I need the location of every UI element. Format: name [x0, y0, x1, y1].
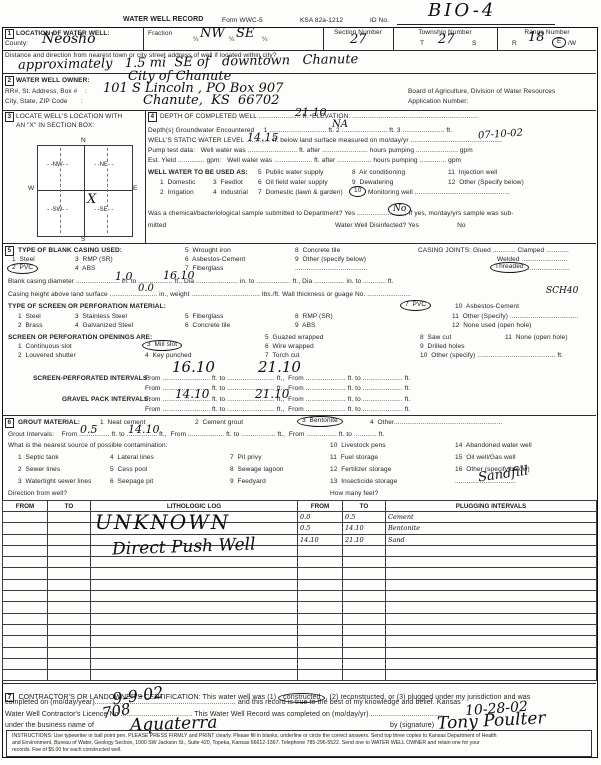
use-option-10-label: Monitoring well ........................… [368, 189, 510, 197]
blank-casing-diameter-line: Blank casing diameter ..................… [8, 278, 394, 286]
litho-table-cell [48, 602, 91, 613]
direction-from-well-label: Direction from well? [8, 490, 67, 498]
litho-table-cell: 0.5 [298, 523, 343, 534]
instructions-line-3: records. Fee of $5.00 for each construct… [12, 747, 122, 754]
grid-se-label: - -SE- - [93, 207, 114, 213]
litho-table-cell [343, 636, 386, 647]
grid-nw-label: - -NW- - [46, 162, 69, 168]
litho-table-cell [48, 636, 91, 647]
lithologic-table-header-row: FROM TO LITHOLOGIC LOG FROM TO PLUGGING … [3, 501, 597, 512]
contamination-label: What is the nearest source of possible c… [8, 442, 168, 450]
casing-option-5: 5 Wrought iron [185, 247, 231, 255]
static-water-level-line: WELL'S STATIC WATER LEVEL ............. … [148, 137, 502, 145]
use-option-6: 6 Oil field water supply [258, 179, 328, 187]
instructions-line-2: and Environment, Bureau of Water, Geolog… [12, 740, 480, 747]
grid-ne-label: - -NE- - [93, 162, 115, 168]
county-label: County: [5, 40, 28, 48]
screen-material-6: 6 Concrete tile [185, 322, 230, 330]
contamination-13: 13 Insecticide storage [330, 478, 397, 486]
litho-table-cell [91, 591, 298, 602]
litho-table-cell [48, 613, 91, 624]
litho-table-cell [3, 545, 48, 556]
by-signature-label: by (signature) [390, 722, 434, 730]
litho-table-row [3, 647, 597, 658]
litho-table-cell [3, 613, 48, 624]
screen-material-label: TYPE OF SCREEN OR PERFORATION MATERIAL: [8, 303, 166, 311]
col-to-1: TO [48, 501, 91, 512]
litho-table-cell [343, 670, 386, 681]
litho-table-cell [91, 568, 298, 579]
litho-table-cell [343, 591, 386, 602]
grid-sw-label: - -SW- - [46, 207, 69, 213]
gravel-pack-intervals-label: GRAVEL PACK INTERVALS: [62, 396, 151, 404]
openings-5: 5 Guazed wrapped [265, 334, 323, 342]
litho-table-cell [3, 512, 48, 523]
litho-table-cell [386, 613, 597, 624]
form-number: Form WWC-5 [222, 17, 263, 25]
litho-table-cell [298, 545, 343, 556]
openings-6: 6 Wire wrapped [265, 343, 314, 351]
litho-table-cell [48, 512, 91, 523]
casing-option-8: 8 Concrete tile [295, 247, 340, 255]
casing-option-9: 9 Other (specify below) [295, 256, 366, 264]
range-value: 18 [528, 30, 545, 45]
groundwater-encountered-line: Depth(s) Groundwater Encountered 1 .....… [148, 127, 452, 135]
section6-number: 6 [5, 418, 14, 428]
range-r: R [512, 40, 517, 48]
litho-table-cell: Cement [386, 512, 597, 523]
litho-table-row: 14.1021.10Sand [3, 534, 597, 545]
screen-perforated-intervals-label: SCREEN-PERFORATED INTERVALS: [33, 375, 150, 383]
litho-table-cell [386, 636, 597, 647]
litho-table-cell [343, 568, 386, 579]
litho-table-cell [3, 636, 48, 647]
how-many-feet-label: How many feet? [330, 490, 378, 498]
casing-option-3: 3 RMP (SR) [75, 256, 113, 264]
township-value: 27 [438, 32, 455, 47]
fraction-value-1: NW [200, 26, 225, 41]
casing-option-4: 4 ABS [75, 265, 95, 273]
lithologic-log-entry-1: UNKNOWN [95, 510, 230, 534]
litho-table-cell: 0.5 [343, 512, 386, 523]
gpi-to-value: 21.10 [255, 387, 289, 401]
litho-table-cell [298, 613, 343, 624]
litho-table-cell: Bentonite [386, 523, 597, 534]
casing-option-9-dots: ...................................... [295, 265, 367, 273]
openings-8: 8 Saw cut [420, 334, 451, 342]
use-option-2: 2 Irrigation [160, 189, 194, 197]
contamination-15: 15 Oil well/Gas well [455, 454, 516, 462]
litho-table-cell [48, 523, 91, 534]
casing-height-value: 0.0 [138, 283, 154, 294]
litho-table-cell [91, 579, 298, 590]
id-underline [397, 24, 555, 25]
screen-material-5: 5 Fiberglass [185, 313, 224, 321]
col-plugging-intervals: PLUGGING INTERVALS [386, 501, 597, 512]
grout-option-3-circled: 3 Bentonite [297, 416, 343, 427]
litho-table-cell [343, 647, 386, 658]
litho-table-cell [48, 579, 91, 590]
section-box-grid [37, 145, 133, 237]
litho-table-cell [48, 568, 91, 579]
litho-table-cell [48, 591, 91, 602]
casing-joints-threaded-circled: Threaded [490, 262, 529, 273]
id-label: ID No. [370, 17, 389, 25]
contamination-5: 5 Cess pool [110, 466, 147, 474]
range-west: /W [568, 40, 576, 48]
litho-table-cell [386, 545, 597, 556]
litho-table-row [3, 568, 597, 579]
openings-3-circled: 3 Mill slot [142, 340, 182, 351]
litho-table-cell [298, 624, 343, 635]
litho-table-cell [3, 534, 48, 545]
contamination-6: 6 Seepage pit [110, 478, 153, 486]
screen-material-12: 12 None used (open hole) [452, 322, 531, 330]
instructions-line-1: INSTRUCTIONS: Use typewriter or ball poi… [12, 733, 497, 740]
gpi-from-value: 14.10 [175, 387, 209, 401]
fraction-label: Fraction [148, 30, 172, 38]
openings-10: 10 Other (specify) .....................… [420, 352, 563, 360]
pump-test-line: Pump test data: Well water was .........… [148, 147, 473, 155]
openings-2: 2 Louvered shutter [18, 352, 76, 360]
litho-table-cell [91, 602, 298, 613]
casing-option-6: 6 Asbestos-Cement [185, 256, 245, 264]
litho-table-cell: 14.10 [343, 523, 386, 534]
disinfected-line: Water Well Disinfected? Yes No [335, 222, 466, 230]
litho-table-row: 0.00.5Cement [3, 512, 597, 523]
casing-height-line: Casing height above land surface .......… [8, 291, 411, 299]
use-option-1: 1 Domestic [160, 179, 195, 187]
litho-table-cell [386, 568, 597, 579]
section5-number: 5 [5, 246, 14, 256]
spi-from-value: 16.10 [172, 358, 215, 376]
litho-table-row [3, 579, 597, 590]
grid-dashed-line-right [107, 148, 108, 233]
section2-number: 2 [5, 76, 14, 86]
litho-table-cell [91, 624, 298, 635]
screen-material-4: 4 Galvanized Steel [75, 322, 133, 330]
section-number-value: 27 [350, 32, 367, 47]
casing-diameter-value: 1.0 [115, 270, 133, 283]
litho-table-cell [3, 557, 48, 568]
litho-table-cell [91, 613, 298, 624]
depth-completed-well-value: 21.10 [295, 106, 327, 119]
litho-table-cell [48, 670, 91, 681]
grid-vertical-midline [84, 146, 85, 236]
litho-table-cell [298, 579, 343, 590]
contamination-2: 2 Sewer lines [18, 466, 60, 474]
litho-table-cell [386, 591, 597, 602]
fraction-quarter-1: ¼ [193, 36, 199, 44]
grout-intervals-line: Grout Intervals: From ................ f… [8, 431, 384, 439]
section4-number: 4 [148, 112, 157, 122]
spi-to-value: 21.10 [258, 358, 301, 376]
litho-table-row [3, 557, 597, 568]
litho-table-cell [3, 602, 48, 613]
litho-table-cell [343, 624, 386, 635]
litho-table-cell [48, 557, 91, 568]
grout-option-4: 4 Other.................................… [370, 419, 503, 427]
lithologic-table: FROM TO LITHOLOGIC LOG FROM TO PLUGGING … [2, 500, 597, 681]
litho-table-cell [48, 647, 91, 658]
grid-north-label: N [81, 137, 86, 145]
screen-material-7-pvc-circled: 7 PVC [400, 300, 431, 311]
screen-material-10: 10 Asbestos-Cement [455, 303, 519, 311]
litho-table-cell [298, 670, 343, 681]
litho-table-cell [48, 658, 91, 669]
well-location-x-mark: X [87, 192, 96, 207]
screen-material-11: 11 Other (Specify) .....................… [452, 313, 578, 321]
static-water-level-value: 14.15 [247, 131, 279, 144]
grid-dashed-line-left [60, 148, 61, 233]
litho-table-cell [3, 658, 48, 669]
use-option-8: 8 Air conditioning [352, 169, 405, 177]
litho-table-cell [298, 557, 343, 568]
screen-material-2: 2 Brass [18, 322, 43, 330]
contamination-7: 7 Pit privy [230, 454, 262, 462]
screen-material-1: 1 Steel [18, 313, 41, 321]
section3-number: 3 [5, 112, 14, 122]
contamination-9: 9 Feedyard [230, 478, 266, 486]
screen-material-8: 8 RMP (SR) [295, 313, 333, 321]
gpi-line-2: From ......................... ft. to ..… [145, 406, 410, 414]
litho-table-row [3, 545, 597, 556]
id-value-handwritten: BIO-4 [428, 0, 496, 21]
grid-west-label: W [28, 185, 34, 193]
range-number-label: Range Number [497, 29, 597, 37]
col-from-1: FROM [3, 501, 48, 512]
litho-table-cell [3, 647, 48, 658]
litho-table-cell [386, 647, 597, 658]
contamination-8: 8 Sewage lagoon [230, 466, 284, 474]
contamination-12: 12 Fertilizer storage [330, 466, 391, 474]
spi-line-1: From ......................... ft. to ..… [145, 375, 410, 383]
certification-line-3: Water Well Contractor's Licence No .....… [5, 711, 444, 719]
litho-table-cell [298, 658, 343, 669]
grid-east-label: E [133, 185, 137, 193]
contamination-10: 10 Livestock pens [330, 442, 386, 450]
litho-table-row [3, 658, 597, 669]
litho-table-cell [3, 670, 48, 681]
litho-table-cell [343, 579, 386, 590]
litho-table-cell [3, 624, 48, 635]
use-option-4: 4 Industrial [213, 189, 248, 197]
fraction-quarter-3: ¼ [262, 36, 268, 44]
litho-table-cell [48, 545, 91, 556]
sample-submitted-line2: mitted [148, 222, 166, 230]
sample-submitted-line: Was a chemical/bacteriological sample su… [148, 210, 514, 218]
certification-line-4: under the business name of [5, 722, 94, 730]
litho-table-cell [91, 658, 298, 669]
openings-1: 1 Continuous slot [18, 343, 72, 351]
litho-table-cell [48, 534, 91, 545]
col-to-2: TO [343, 501, 386, 512]
litho-table-cell [386, 602, 597, 613]
litho-table-row [3, 636, 597, 647]
section3-title-line1: LOCATE WELL'S LOCATION WITH [16, 113, 122, 121]
contamination-14: 14 Abandoned water well [455, 442, 532, 450]
litho-table-cell: 0.0 [298, 512, 343, 523]
ksa-statute: KSA 82a-1212 [300, 17, 343, 25]
openings-11: 11 None (open hole) [505, 334, 568, 342]
grid-horizontal-midline [38, 190, 132, 191]
fraction-quarter-2: ¼ [229, 36, 235, 44]
litho-table-cell [3, 523, 48, 534]
section3-title-line2: AN "X" IN SECTION BOX: [16, 122, 94, 130]
col-from-2: FROM [298, 501, 343, 512]
form-title: WATER WELL RECORD [123, 16, 203, 24]
litho-table-cell [3, 591, 48, 602]
casing-diameter-to-value: 16.10 [163, 269, 195, 282]
contamination-1: 1 Septic tank [18, 454, 59, 462]
township-s: S [472, 40, 476, 48]
litho-table-cell [298, 647, 343, 658]
openings-9: 9 Drilled holes [420, 343, 465, 351]
casing-joints-label: CASING JOINTS: Glued ............ Clampe… [418, 247, 569, 255]
litho-table-cell [386, 658, 597, 669]
litho-table-cell [48, 624, 91, 635]
litho-table-cell [343, 545, 386, 556]
litho-table-row [3, 591, 597, 602]
litho-table-cell [298, 568, 343, 579]
use-label: WELL WATER TO BE USED AS: [148, 169, 248, 177]
section2-title: WATER WELL OWNER: [16, 77, 90, 85]
water-well-record-form: WATER WELL RECORD Form WWC-5 KSA 82a-121… [0, 0, 601, 765]
use-option-5: 5 Public water supply [258, 169, 323, 177]
contamination-11: 11 Fuel storage [330, 454, 378, 462]
litho-table-cell [298, 636, 343, 647]
section6-title: GROUT MATERIAL: [18, 419, 80, 427]
screen-material-3: 3 Stainless Steel [75, 313, 127, 321]
litho-table-cell: Sand [386, 534, 597, 545]
owner-address-label: RR#, St. Address, Box # : [5, 88, 87, 96]
litho-table-cell [343, 613, 386, 624]
litho-table-row [3, 602, 597, 613]
litho-table-cell [298, 591, 343, 602]
fraction-value-2: SE [236, 26, 254, 41]
casing-option-2-circled: 2 PVC [7, 263, 38, 274]
litho-table-row [3, 670, 597, 681]
litho-table-cell [91, 670, 298, 681]
litho-table-cell [298, 602, 343, 613]
contamination-3: 3 Watertight sewer lines [18, 478, 91, 486]
litho-table-cell: 21.10 [343, 534, 386, 545]
grout-to-value: 14.10 [128, 423, 160, 436]
contamination-4: 4 Lateral lines [110, 454, 154, 462]
litho-table-cell [343, 658, 386, 669]
litho-table-cell [386, 670, 597, 681]
openings-label: SCREEN OR PERFORATION OPENINGS ARE: [8, 334, 152, 342]
owner-city-label: City, State, ZIP Code : [5, 98, 83, 106]
screen-material-9: 9 ABS [295, 322, 315, 330]
litho-table-cell: 14.10 [298, 534, 343, 545]
section1-number: 1 [5, 29, 14, 39]
litho-table-cell [343, 602, 386, 613]
certification-line-2: completed on (mo/day/year)..............… [5, 699, 461, 707]
casing-joints-threaded-dots: ...................... [528, 265, 570, 273]
litho-table-cell [3, 568, 48, 579]
litho-table-row [3, 624, 597, 635]
township-t: T [420, 40, 424, 48]
litho-table-body: 0.00.5Cement0.514.10Bentonite14.1021.10S… [3, 512, 597, 681]
groundwater-1-value: NA [332, 119, 348, 130]
litho-table-cell [3, 579, 48, 590]
application-number-label: Application Number: [408, 98, 468, 106]
grout-from-value: 0.5 [80, 423, 98, 436]
county-value: Neosho [42, 31, 96, 47]
use-option-12: 12 Other (Specify below) [448, 179, 524, 187]
use-option-7: 7 Domestic (lawn & garden) [258, 189, 343, 197]
litho-table-cell [386, 624, 597, 635]
board-of-agriculture-label: Board of Agriculture, Division of Water … [408, 88, 555, 96]
litho-table-row: 0.514.10Bentonite [3, 523, 597, 534]
litho-table-cell [91, 636, 298, 647]
litho-table-cell [343, 557, 386, 568]
litho-table-cell [386, 557, 597, 568]
litho-table-cell [386, 579, 597, 590]
use-option-11: 11 Injection well [448, 169, 497, 177]
section5-title: TYPE OF BLANK CASING USED: [18, 247, 122, 255]
litho-table-row [3, 613, 597, 624]
use-option-3: 3 Feedlot [213, 179, 243, 187]
gauge-number-value: SCH40 [546, 286, 578, 296]
grout-option-2: 2 Cement grout [195, 419, 243, 427]
est-yield-line: Est. Yield .............. gpm: Well wate… [148, 157, 461, 165]
litho-table-cell [91, 647, 298, 658]
owner-city-value: Chanute, KS 66702 [143, 93, 279, 108]
